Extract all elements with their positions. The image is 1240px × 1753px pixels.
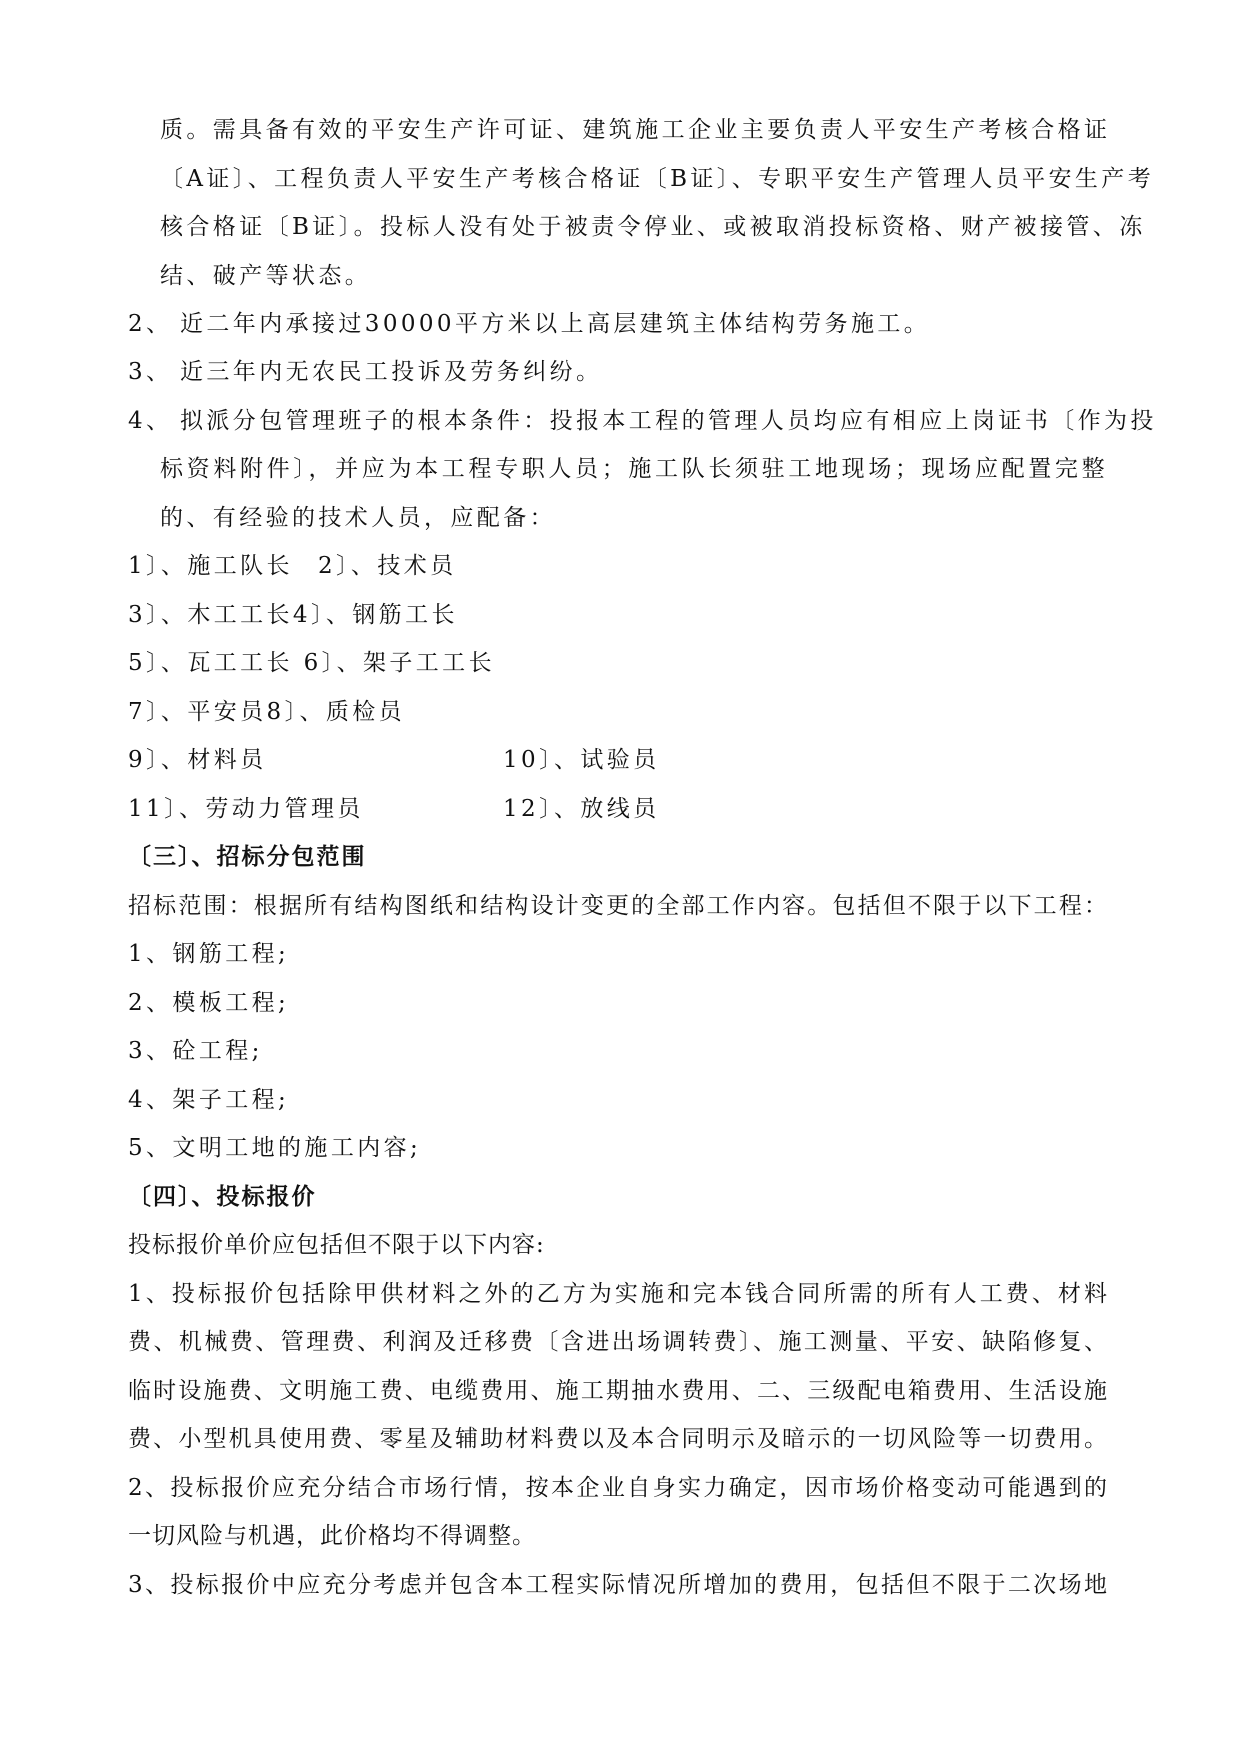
section-heading: 〔四〕、投标报价 (128, 1182, 317, 1212)
staff-item: 11〕、劳动力管理员 (128, 794, 364, 824)
section-heading: 〔三〕、招标分包范围 (128, 842, 367, 872)
pricing-line: 1、投标报价包括除甲供材料之外的乙方为实施和完本钱合同所需的所有人工费、材料 (128, 1279, 1108, 1309)
list-item: 近二年内承接过30000平方米以上高层建筑主体结构劳务施工。 (180, 309, 930, 339)
qualification-line: 结、破产等状态。 (160, 261, 371, 291)
scope-item: 5、文明工地的施工内容; (128, 1133, 421, 1163)
section-intro: 招标范围：根据所有结构图纸和结构设计变更的全部工作内容。包括但不限于以下工程： (128, 891, 1108, 921)
list-item-number: 4、 (128, 406, 172, 436)
staff-item: 7〕、平安员8〕、质检员 (128, 697, 405, 727)
pricing-line: 一切风险与机遇，此价格均不得调整。 (128, 1521, 536, 1551)
pricing-line: 2、投标报价应充分结合市场行情，按本企业自身实力确定，因市场价格变动可能遇到的 (128, 1473, 1108, 1503)
scope-item: 4、架子工程; (128, 1085, 289, 1115)
pricing-line: 费、机械费、管理费、利润及迁移费〔含进出场调转费〕、施工测量、平安、缺陷修复、 (128, 1327, 1108, 1357)
qualification-line: 核合格证〔B证〕。投标人没有处于被责令停业、或被取消投标资格、财产被接管、冻 (160, 212, 1108, 242)
staff-item: 9〕、材料员 (128, 745, 267, 775)
staff-item: 12〕、放线员 (503, 794, 660, 824)
staff-item: 3〕、木工工长4〕、钢筋工长 (128, 600, 458, 630)
staff-item: 1〕、施工队长 (128, 551, 293, 581)
pricing-line: 3、投标报价中应充分考虑并包含本工程实际情况所增加的费用，包括但不限于二次场地 (128, 1570, 1108, 1600)
scope-item: 1、钢筋工程; (128, 939, 289, 969)
qualification-line: 质。需具备有效的平安生产许可证、建筑施工企业主要负责人平安生产考核合格证 (160, 115, 1108, 145)
staff-item: 2〕、技术员 (318, 551, 457, 581)
section-intro: 投标报价单价应包括但不限于以下内容: (128, 1230, 545, 1260)
scope-item: 2、模板工程; (128, 988, 289, 1018)
pricing-line: 临时设施费、文明施工费、电缆费用、施工期抽水费用、二、三级配电箱费用、生活设施 (128, 1376, 1108, 1406)
scope-item: 3、砼工程; (128, 1036, 263, 1066)
list-item: 标资料附件〕，并应为本工程专职人员；施工队长须驻工地现场；现场应配置完整 (160, 454, 1108, 484)
list-item-number: 2、 (128, 309, 172, 339)
pricing-line: 费、小型机具使用费、零星及辅助材料费以及本合同明示及暗示的一切风险等一切费用。 (128, 1424, 1108, 1454)
list-item: 拟派分包管理班子的根本条件：投报本工程的管理人员均应有相应上岗证书〔作为投 (180, 406, 1108, 436)
list-item: 近三年内无农民工投诉及劳务纠纷。 (180, 357, 602, 387)
list-item-number: 3、 (128, 357, 172, 387)
staff-item: 10〕、试验员 (503, 745, 660, 775)
staff-item: 5〕、瓦工工长 6〕、架子工工长 (128, 648, 495, 678)
qualification-line: 〔A证〕、工程负责人平安生产考核合格证〔B证〕、专职平安生产管理人员平安生产考 (160, 164, 1108, 194)
list-item: 的、有经验的技术人员，应配备： (160, 503, 556, 533)
